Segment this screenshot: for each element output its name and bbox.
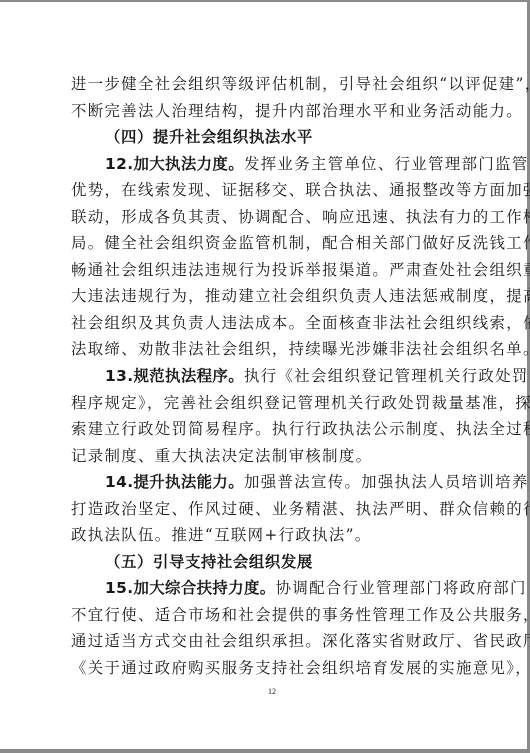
item-first-line: 12.加大执法力度。发挥业务主管单位、行业管理部门监管 <box>71 151 461 178</box>
text-line: 法取缔、劝散非法社会组织，持续曝光涉嫌非法社会组织名单。 <box>71 336 461 363</box>
item-first-line: 13.规范执法程序。执行《社会组织登记管理机关行政处罚 <box>71 363 461 390</box>
paragraph-item-13: 13.规范执法程序。执行《社会组织登记管理机关行政处罚 程序规定》，完善社会组织… <box>71 363 461 469</box>
text-line: 社会组织及其负责人违法成本。全面核查非法社会组织线索，依 <box>71 310 461 337</box>
item-lead-title: 15.加大综合扶持力度。 <box>105 579 276 597</box>
item-first-line-text: 协调配合行业管理部门将政府部门 <box>276 579 527 597</box>
paragraph-item-12: 12.加大执法力度。发挥业务主管单位、行业管理部门监管 优势，在线索发现、证据移… <box>71 151 461 363</box>
text-line: 索建立行政处罚简易程序。执行行政执法公示制度、执法全过程 <box>71 416 461 443</box>
text-line: 大违法违规行为，推动建立社会组织负责人违法惩戒制度，提高 <box>71 283 461 310</box>
item-first-line-text: 加强普法宣传。加强执法人员培训培养， <box>244 473 530 491</box>
item-lead-title: 12.加大执法力度。 <box>105 155 244 173</box>
text-line: 畅通社会组织违法违规行为投诉举报渠道。严肃查处社会组织重 <box>71 257 461 284</box>
text-line: 程序规定》，完善社会组织登记管理机关行政处罚裁量基准，探 <box>71 390 461 417</box>
paragraph-item-14: 14.提升执法能力。加强普法宣传。加强执法人员培训培养， 打造政治坚定、作风过硬… <box>71 469 461 549</box>
text-line: 局。健全社会组织资金监管机制，配合相关部门做好反洗钱工作。 <box>71 230 461 257</box>
text-line: 不宜行使、适合市场和社会提供的事务性管理工作及公共服务， <box>71 602 461 629</box>
item-first-line: 14.提升执法能力。加强普法宣传。加强执法人员培训培养， <box>71 469 461 496</box>
page-number: 12 <box>268 687 276 696</box>
document-body: 进一步健全社会组织等级评估机制，引导社会组织“以评促建”， 不断完善法人治理结构… <box>71 71 461 682</box>
section-heading-5: （五）引导支持社会组织发展 <box>71 549 461 576</box>
item-lead-title: 13.规范执法程序。 <box>105 367 244 385</box>
text-line: 进一步健全社会组织等级评估机制，引导社会组织“以评促建”， <box>71 71 461 98</box>
item-first-line: 15.加大综合扶持力度。协调配合行业管理部门将政府部门 <box>71 575 461 602</box>
text-line: 联动，形成各负其责、协调配合、响应迅速、执法有力的工作格 <box>71 204 461 231</box>
item-lead-title: 14.提升执法能力。 <box>105 473 244 491</box>
text-line: 记录制度、重大执法决定法制审核制度。 <box>71 443 461 470</box>
text-line: 优势，在线索发现、证据移交、联合执法、通报整改等方面加强 <box>71 177 461 204</box>
item-first-line-text: 执行《社会组织登记管理机关行政处罚 <box>244 367 529 385</box>
page-frame-bottom <box>0 749 530 753</box>
paragraph-item-15: 15.加大综合扶持力度。协调配合行业管理部门将政府部门 不宜行使、适合市场和社会… <box>71 575 461 681</box>
text-line: 不断完善法人治理结构，提升内部治理水平和业务活动能力。 <box>71 98 461 125</box>
document-page: 进一步健全社会组织等级评估机制，引导社会组织“以评促建”， 不断完善法人治理结构… <box>0 2 527 749</box>
text-line: 政执法队伍。推进“互联网+行政执法”。 <box>71 522 461 549</box>
text-line: 打造政治坚定、作风过硬、业务精湛、执法严明、群众信赖的行 <box>71 496 461 523</box>
text-line: 《关于通过政府购买服务支持社会组织培育发展的实施意见》， <box>71 655 461 682</box>
section-heading-4: （四）提升社会组织执法水平 <box>71 124 461 151</box>
text-line: 通过适当方式交由社会组织承担。深化落实省财政厅、省民政厅 <box>71 628 461 655</box>
item-first-line-text: 发挥业务主管单位、行业管理部门监管 <box>244 155 529 173</box>
paragraph-continuation: 进一步健全社会组织等级评估机制，引导社会组织“以评促建”， 不断完善法人治理结构… <box>71 71 461 124</box>
